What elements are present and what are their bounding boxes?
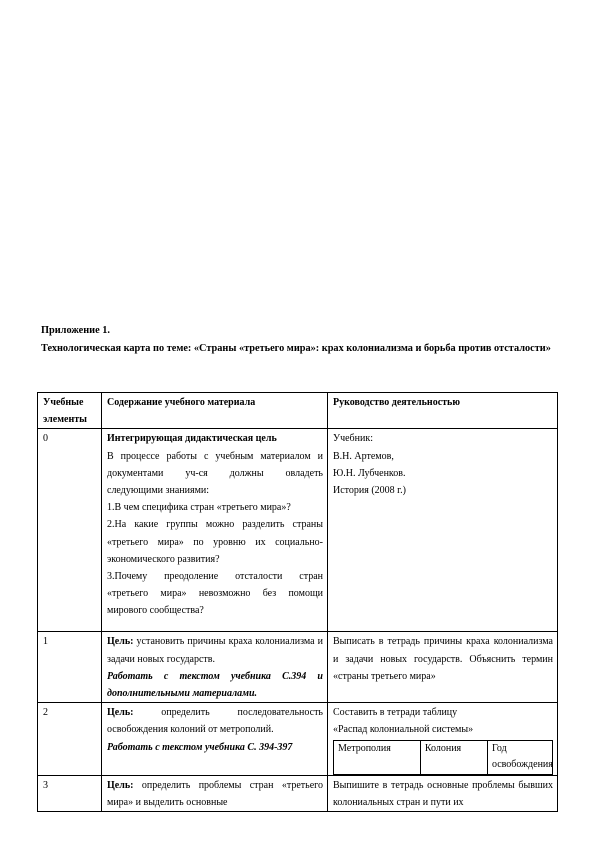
- technology-map-table: Учебные элементы Содержание учебного мат…: [37, 392, 558, 812]
- question-item: 3.Почему преодоление отсталости стран «т…: [107, 568, 323, 620]
- goal-label: Цель:: [107, 707, 133, 718]
- goal-text: определить последовательность освобожден…: [107, 707, 323, 735]
- question-item: 2.На какие группы можно разделить страны…: [107, 516, 323, 568]
- table-row: 3 Цель: определить проблемы стран «треть…: [38, 775, 558, 811]
- instruction-text: Работать с текстом учебника С.394 и допо…: [107, 668, 323, 702]
- guidance-text: Составить в тетради таблицу: [333, 704, 553, 721]
- header-elements: Учебные элементы: [38, 393, 102, 429]
- guidance-line: Учебник:: [333, 430, 553, 447]
- goal-text: установить причины краха колониализма и …: [107, 636, 323, 664]
- appendix-label: Приложение 1.: [41, 322, 553, 340]
- inner-header-year: Год освобождения: [487, 740, 552, 774]
- table-row: 1 Цель: установить причины краха колониа…: [38, 632, 558, 703]
- row-element-number: 1: [38, 632, 102, 703]
- guidance-line: История (2008 г.): [333, 482, 553, 499]
- goal-label: Цель:: [107, 780, 133, 791]
- row-content: Интегрирующая дидактическая цель В проце…: [102, 429, 328, 632]
- inner-header-colony: Колония: [420, 740, 487, 774]
- header-content: Содержание учебного материала: [102, 393, 328, 429]
- row-content: Цель: определить последовательность осво…: [102, 703, 328, 775]
- question-item: 1.В чем специфика стран «третьего мира»?: [107, 499, 323, 516]
- row-guidance: Учебник: В.Н. Артемов, Ю.Н. Лубченков. И…: [328, 429, 558, 632]
- header-guidance: Руководство деятельностью: [328, 393, 558, 429]
- row-element-number: 3: [38, 775, 102, 811]
- table-header-row: Учебные элементы Содержание учебного мат…: [38, 393, 558, 429]
- guidance-table-title: «Распад колониальной системы»: [333, 721, 553, 738]
- instruction-text: Работать с текстом учебника С. 394-397: [107, 739, 323, 756]
- inner-table-header-row: Метрополия Колония Год освобождения: [334, 740, 553, 774]
- topic-title: Технологическая карта по теме: «Страны «…: [41, 340, 553, 358]
- goal-text: определить проблемы стран «третьего мира…: [107, 780, 323, 808]
- row-guidance: Выписать в тетрадь причины краха колониа…: [328, 632, 558, 703]
- guidance-line: В.Н. Артемов,: [333, 448, 553, 465]
- inner-header-metropolis: Метрополия: [334, 740, 421, 774]
- content-heading: Интегрирующая дидактическая цель: [107, 430, 323, 447]
- content-text: В процессе работы с учебным материалом и…: [107, 448, 323, 500]
- row-element-number: 0: [38, 429, 102, 632]
- row-content: Цель: установить причины краха колониали…: [102, 632, 328, 703]
- table-row: 0 Интегрирующая дидактическая цель В про…: [38, 429, 558, 632]
- row-guidance: Выпишите в тетрадь основные проблемы быв…: [328, 775, 558, 811]
- guidance-line: Ю.Н. Лубченков.: [333, 465, 553, 482]
- colonial-system-table: Метрополия Колония Год освобождения: [333, 740, 553, 775]
- table-row: 2 Цель: определить последовательность ос…: [38, 703, 558, 775]
- row-content: Цель: определить проблемы стран «третьег…: [102, 775, 328, 811]
- row-element-number: 2: [38, 703, 102, 775]
- goal-label: Цель:: [107, 636, 133, 647]
- row-guidance: Составить в тетради таблицу «Распад коло…: [328, 703, 558, 775]
